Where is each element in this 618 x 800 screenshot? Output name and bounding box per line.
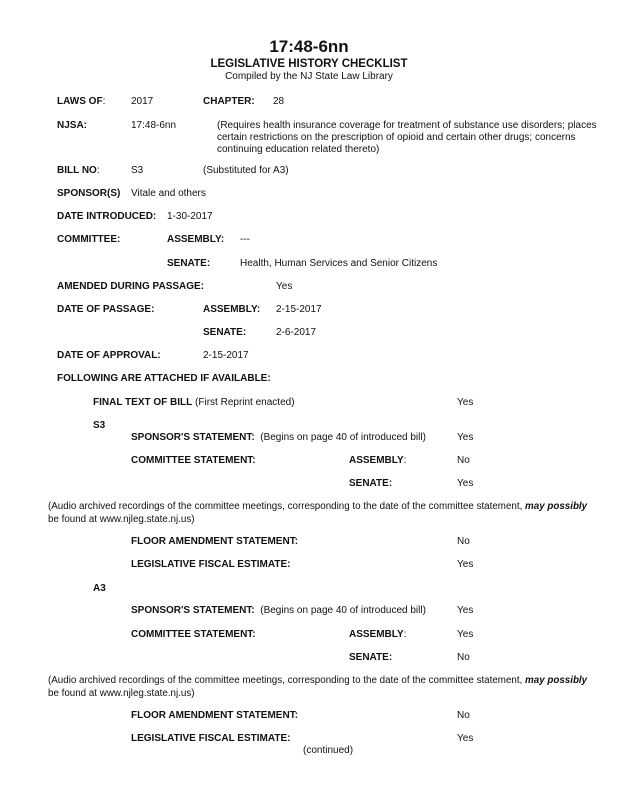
a3-committee-assembly-label: ASSEMBLY: bbox=[349, 629, 406, 641]
committee-senate-label: SENATE: bbox=[167, 258, 210, 270]
s3-floor-amendment-value: No bbox=[457, 536, 470, 548]
s3-sponsor-statement: SPONSOR'S STATEMENT: (Begins on page 40 … bbox=[131, 432, 426, 444]
a3-committee-statement-label: COMMITTEE STATEMENT: bbox=[131, 629, 256, 641]
njsa-value: 17:48-6nn bbox=[131, 120, 176, 132]
continued-note: (continued) bbox=[303, 745, 353, 757]
s3-fiscal-estimate-value: Yes bbox=[457, 559, 473, 571]
a3-committee-senate-value: No bbox=[457, 652, 470, 664]
bill-no-value: S3 bbox=[131, 165, 143, 177]
committee-label: COMMITTEE: bbox=[57, 234, 120, 246]
a3-fiscal-estimate-label: LEGISLATIVE FISCAL ESTIMATE: bbox=[131, 733, 290, 745]
s3-committee-senate-value: Yes bbox=[457, 478, 473, 490]
compiled-by: Compiled by the NJ State Law Library bbox=[0, 71, 618, 83]
sponsors-value: Vitale and others bbox=[131, 188, 206, 200]
bill-id-s3: S3 bbox=[93, 420, 105, 432]
a3-sponsor-statement: SPONSOR'S STATEMENT: (Begins on page 40 … bbox=[131, 605, 426, 617]
committee-assembly-value: --- bbox=[240, 234, 250, 246]
a3-floor-amendment-value: No bbox=[457, 710, 470, 722]
date-of-approval-label: DATE OF APPROVAL: bbox=[57, 350, 161, 362]
date-introduced-label: DATE INTRODUCED: bbox=[57, 211, 156, 223]
bill-id-a3: A3 bbox=[93, 583, 106, 595]
passage-assembly-value: 2-15-2017 bbox=[276, 304, 322, 316]
document-title: 17:48-6nn bbox=[0, 37, 618, 57]
bill-no-label: BILL NO: bbox=[57, 165, 100, 177]
bill-no-note: (Substituted for A3) bbox=[203, 165, 289, 177]
a3-fiscal-estimate-value: Yes bbox=[457, 733, 473, 745]
date-of-approval-value: 2-15-2017 bbox=[203, 350, 249, 362]
njsa-description: (Requires health insurance coverage for … bbox=[217, 120, 597, 156]
sponsors-label: SPONSOR(S) bbox=[57, 188, 120, 200]
s3-fiscal-estimate-label: LEGISLATIVE FISCAL ESTIMATE: bbox=[131, 559, 290, 571]
document-subtitle: LEGISLATIVE HISTORY CHECKLIST bbox=[0, 57, 618, 71]
passage-senate-value: 2-6-2017 bbox=[276, 327, 316, 339]
s3-audio-note: (Audio archived recordings of the commit… bbox=[48, 500, 608, 526]
amended-label: AMENDED DURING PASSAGE: bbox=[57, 281, 204, 293]
committee-assembly-label: ASSEMBLY: bbox=[167, 234, 224, 246]
njsa-label: NJSA: bbox=[57, 120, 87, 132]
final-text-label: FINAL TEXT OF BILL (First Reprint enacte… bbox=[93, 397, 295, 409]
chapter-label: CHAPTER: bbox=[203, 96, 255, 108]
committee-senate-value: Health, Human Services and Senior Citize… bbox=[240, 258, 437, 270]
amended-value: Yes bbox=[276, 281, 292, 293]
s3-committee-assembly-label: ASSEMBLY: bbox=[349, 455, 406, 467]
s3-floor-amendment-label: FLOOR AMENDMENT STATEMENT: bbox=[131, 536, 298, 548]
a3-committee-senate-label: SENATE: bbox=[349, 652, 392, 664]
s3-committee-senate-label: SENATE: bbox=[349, 478, 392, 490]
attached-heading: FOLLOWING ARE ATTACHED IF AVAILABLE: bbox=[57, 373, 271, 385]
passage-senate-label: SENATE: bbox=[203, 327, 246, 339]
a3-audio-note: (Audio archived recordings of the commit… bbox=[48, 674, 608, 700]
laws-of-value: 2017 bbox=[131, 96, 153, 108]
s3-committee-assembly-value: No bbox=[457, 455, 470, 467]
passage-assembly-label: ASSEMBLY: bbox=[203, 304, 260, 316]
s3-sponsor-statement-value: Yes bbox=[457, 432, 473, 444]
chapter-value: 28 bbox=[273, 96, 284, 108]
s3-committee-statement-label: COMMITTEE STATEMENT: bbox=[131, 455, 256, 467]
a3-sponsor-statement-value: Yes bbox=[457, 605, 473, 617]
a3-floor-amendment-label: FLOOR AMENDMENT STATEMENT: bbox=[131, 710, 298, 722]
date-of-passage-label: DATE OF PASSAGE: bbox=[57, 304, 154, 316]
date-introduced-value: 1-30-2017 bbox=[167, 211, 213, 223]
laws-of-label: LAWS OF: bbox=[57, 96, 105, 108]
final-text-value: Yes bbox=[457, 397, 473, 409]
a3-committee-assembly-value: Yes bbox=[457, 629, 473, 641]
